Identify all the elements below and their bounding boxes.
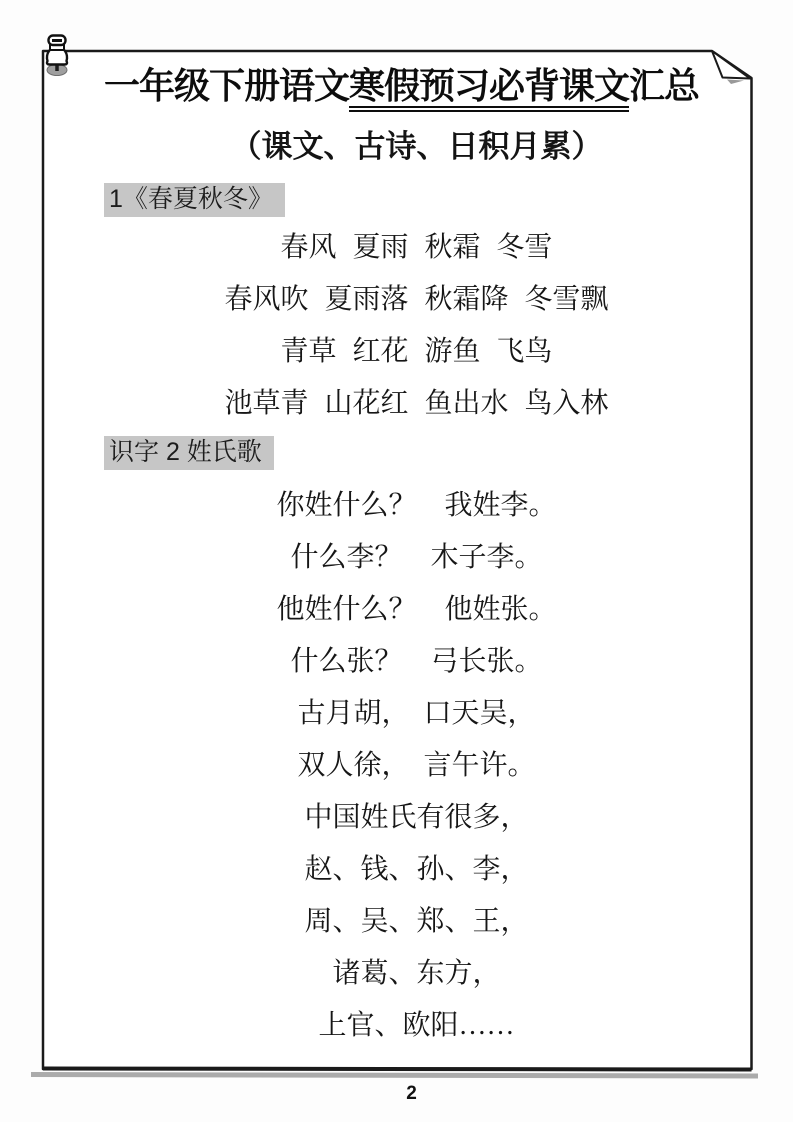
text-line: 青草 红花 游鱼 飞鸟 — [100, 326, 733, 378]
page-bottom-rule — [43, 1069, 752, 1070]
section-1-heading: 1《春夏秋冬》 — [104, 183, 285, 217]
text-line: 你姓什么？ 我姓李。 — [100, 480, 733, 532]
text-line: 古月胡， 口天吴， — [100, 688, 733, 740]
section-2-heading: 识字 2 姓氏歌 — [104, 436, 274, 470]
text-line: 中国姓氏有很多， — [100, 792, 733, 844]
text-line: 上官、欧阳…… — [100, 1000, 733, 1052]
text-line: 春风 夏雨 秋霜 冬雪 — [100, 222, 733, 274]
text-line: 赵、钱、孙、李， — [100, 844, 733, 896]
text-line: 诸葛、东方， — [100, 948, 733, 1000]
page-number: 2 — [30, 1083, 793, 1105]
scanned-page: 一年级下册语文寒假预习必背课文汇总 （课文、古诗、日积月累） 1《春夏秋冬》 春… — [0, 0, 793, 1122]
page-title: 一年级下册语文寒假预习必背课文汇总 — [50, 66, 753, 106]
text-line: 春风吹 夏雨落 秋霜降 冬雪飘 — [100, 274, 733, 326]
text-line: 池草青 山花红 鱼出水 鸟入林 — [100, 378, 733, 430]
text-line: 双人徐， 言午许。 — [100, 740, 733, 792]
text-line: 什么张？ 弓长张。 — [100, 636, 733, 688]
title-prefix: 一年级下册语文 — [104, 65, 349, 106]
section-2-body: 你姓什么？ 我姓李。 什么李？ 木子李。 他姓什么？ 他姓张。 什么张？ 弓长张… — [100, 480, 733, 1052]
title-suffix: 汇总 — [629, 65, 699, 106]
text-line: 周、吴、郑、王， — [100, 896, 733, 948]
text-line: 什么李？ 木子李。 — [100, 532, 733, 584]
title-underlined-text: 寒假预习必背课文 — [349, 65, 629, 112]
text-line: 他姓什么？ 他姓张。 — [100, 584, 733, 636]
section-1-body: 春风 夏雨 秋霜 冬雪 春风吹 夏雨落 秋霜降 冬雪飘 青草 红花 游鱼 飞鸟 … — [100, 222, 733, 430]
page-shadow — [31, 1075, 758, 1077]
page-subtitle: （课文、古诗、日积月累） — [100, 128, 733, 166]
